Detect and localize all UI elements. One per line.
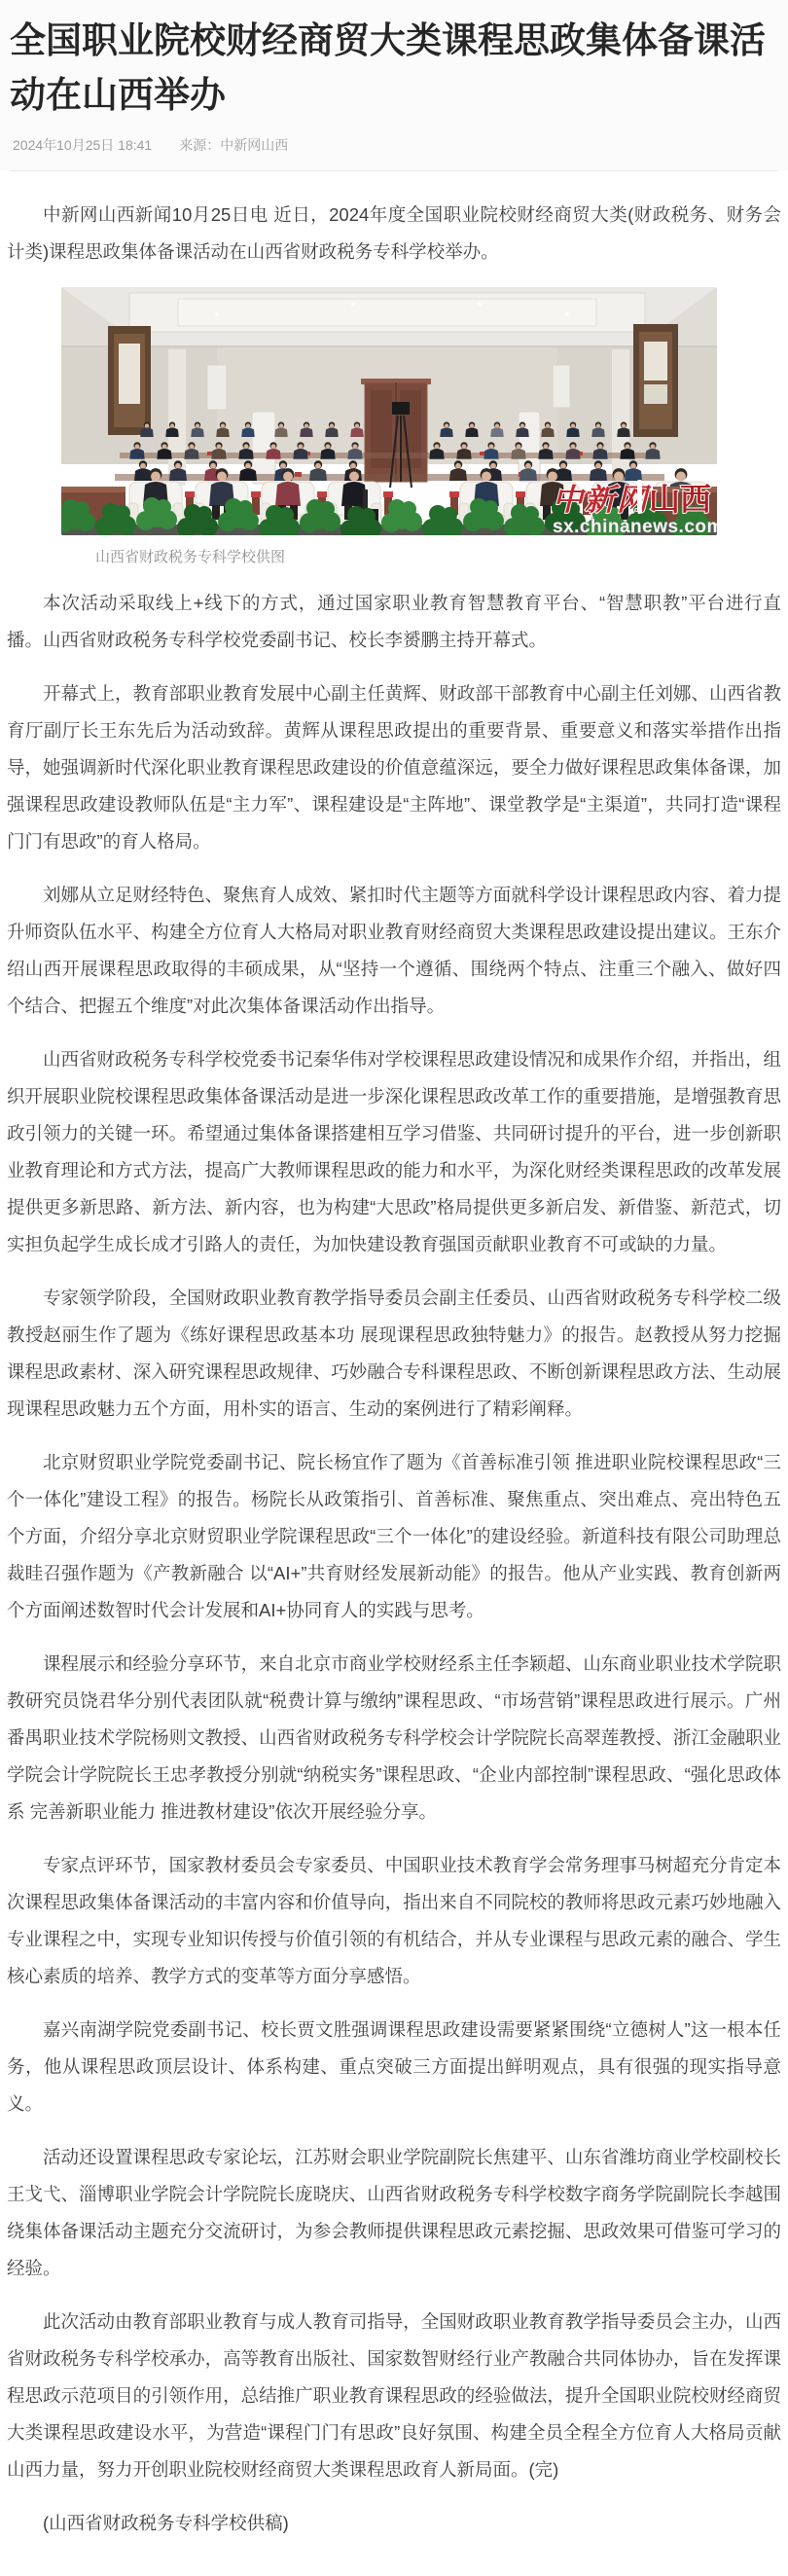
photo-caption: 山西省财政税务专科学校供图 xyxy=(95,547,717,567)
right-wall-panel xyxy=(633,324,678,437)
article-paragraph: 专家领学阶段，全国财政职业教育教学指导委员会副主任委员、山西省财政税务专科学校二… xyxy=(7,1280,781,1428)
article-meta: 2024年10月25日 18:41来源：中新网山西 xyxy=(13,135,775,155)
watermark-region: 山西 xyxy=(649,482,711,517)
article-page: 全国职业院校财经商贸大类课程思政集体备课活动在山西举办 2024年10月25日 … xyxy=(0,0,788,2576)
article-paragraph: 活动还设置课程思政专家论坛，江苏财会职业学院副院长焦建平、山东省潍坊商业学校副校… xyxy=(7,2139,781,2287)
article-paragraph: 刘娜从立足财经特色、聚焦育人成效、紧扣时代主题等方面就科学设计课程思政内容、着力… xyxy=(7,877,781,1025)
article-paragraph: 嘉兴南湖学院党委副书记、校长贾文胜强调课程思政建设需要紧紧围绕“立德树人”这一根… xyxy=(7,2012,781,2122)
watermark-brand: 中新网 xyxy=(553,483,652,517)
article-paragraph: 课程展示和经验分享环节，来自北京市商业学校财经系主任李颖超、山东商业职业技术学院… xyxy=(7,1646,781,1831)
article-header: 全国职业院校财经商贸大类课程思政集体备课活动在山西举办 2024年10月25日 … xyxy=(0,0,788,171)
left-wall-panel xyxy=(108,326,151,435)
article-paragraph: 中新网山西新闻10月25日电 近日，2024年度全国职业院校财经商贸大类(财政税… xyxy=(7,197,781,271)
article-paragraph: 专家点评环节，国家教材委员会专家委员、中国职业技术教育学会常务理事马树超充分肯定… xyxy=(7,1847,781,1995)
article-paragraph: 本次活动采取线上+线下的方式，通过国家职业教育智慧教育平台、“智慧职教”平台进行… xyxy=(7,585,781,659)
article-source: 来源：中新网山西 xyxy=(179,137,288,153)
article-body: 中新网山西新闻10月25日电 近日，2024年度全国职业院校财经商贸大类(财政税… xyxy=(0,197,788,2567)
article-contributor-line: (山西省财政税务专科学校供稿) xyxy=(7,2505,781,2542)
page-title: 全国职业院校财经商贸大类课程思政集体备课活动在山西举办 xyxy=(10,14,778,123)
watermark-url: sx.chinanews.com xyxy=(553,517,717,535)
conference-photo[interactable]: 中新网 山西 sx.chinanews.com xyxy=(61,287,717,535)
article-paragraph: 此次活动由教育部职业教育与成人教育司指导，全国财政职业教育教学指导委员会主办，山… xyxy=(7,2304,781,2488)
article-paragraph: 开幕式上，教育部职业教育发展中心副主任黄辉、财政部干部教育中心副主任刘娜、山西省… xyxy=(7,675,781,860)
publish-date: 2024年10月25日 18:41 xyxy=(13,137,152,153)
chinanews-watermark: 中新网 山西 sx.chinanews.com xyxy=(553,480,717,535)
article-paragraph: 山西省财政税务专科学校党委书记秦华伟对学校课程思政建设情况和成果作介绍，并指出，… xyxy=(7,1041,781,1263)
conference-photo-figure: 中新网 山西 sx.chinanews.com 山西省财政税务专科学校供图 xyxy=(61,287,717,567)
header-divider xyxy=(10,170,778,171)
article-paragraph: 北京财贸职业学院党委副书记、院长杨宜作了题为《首善标准引领 推进职业院校课程思政… xyxy=(7,1444,781,1629)
